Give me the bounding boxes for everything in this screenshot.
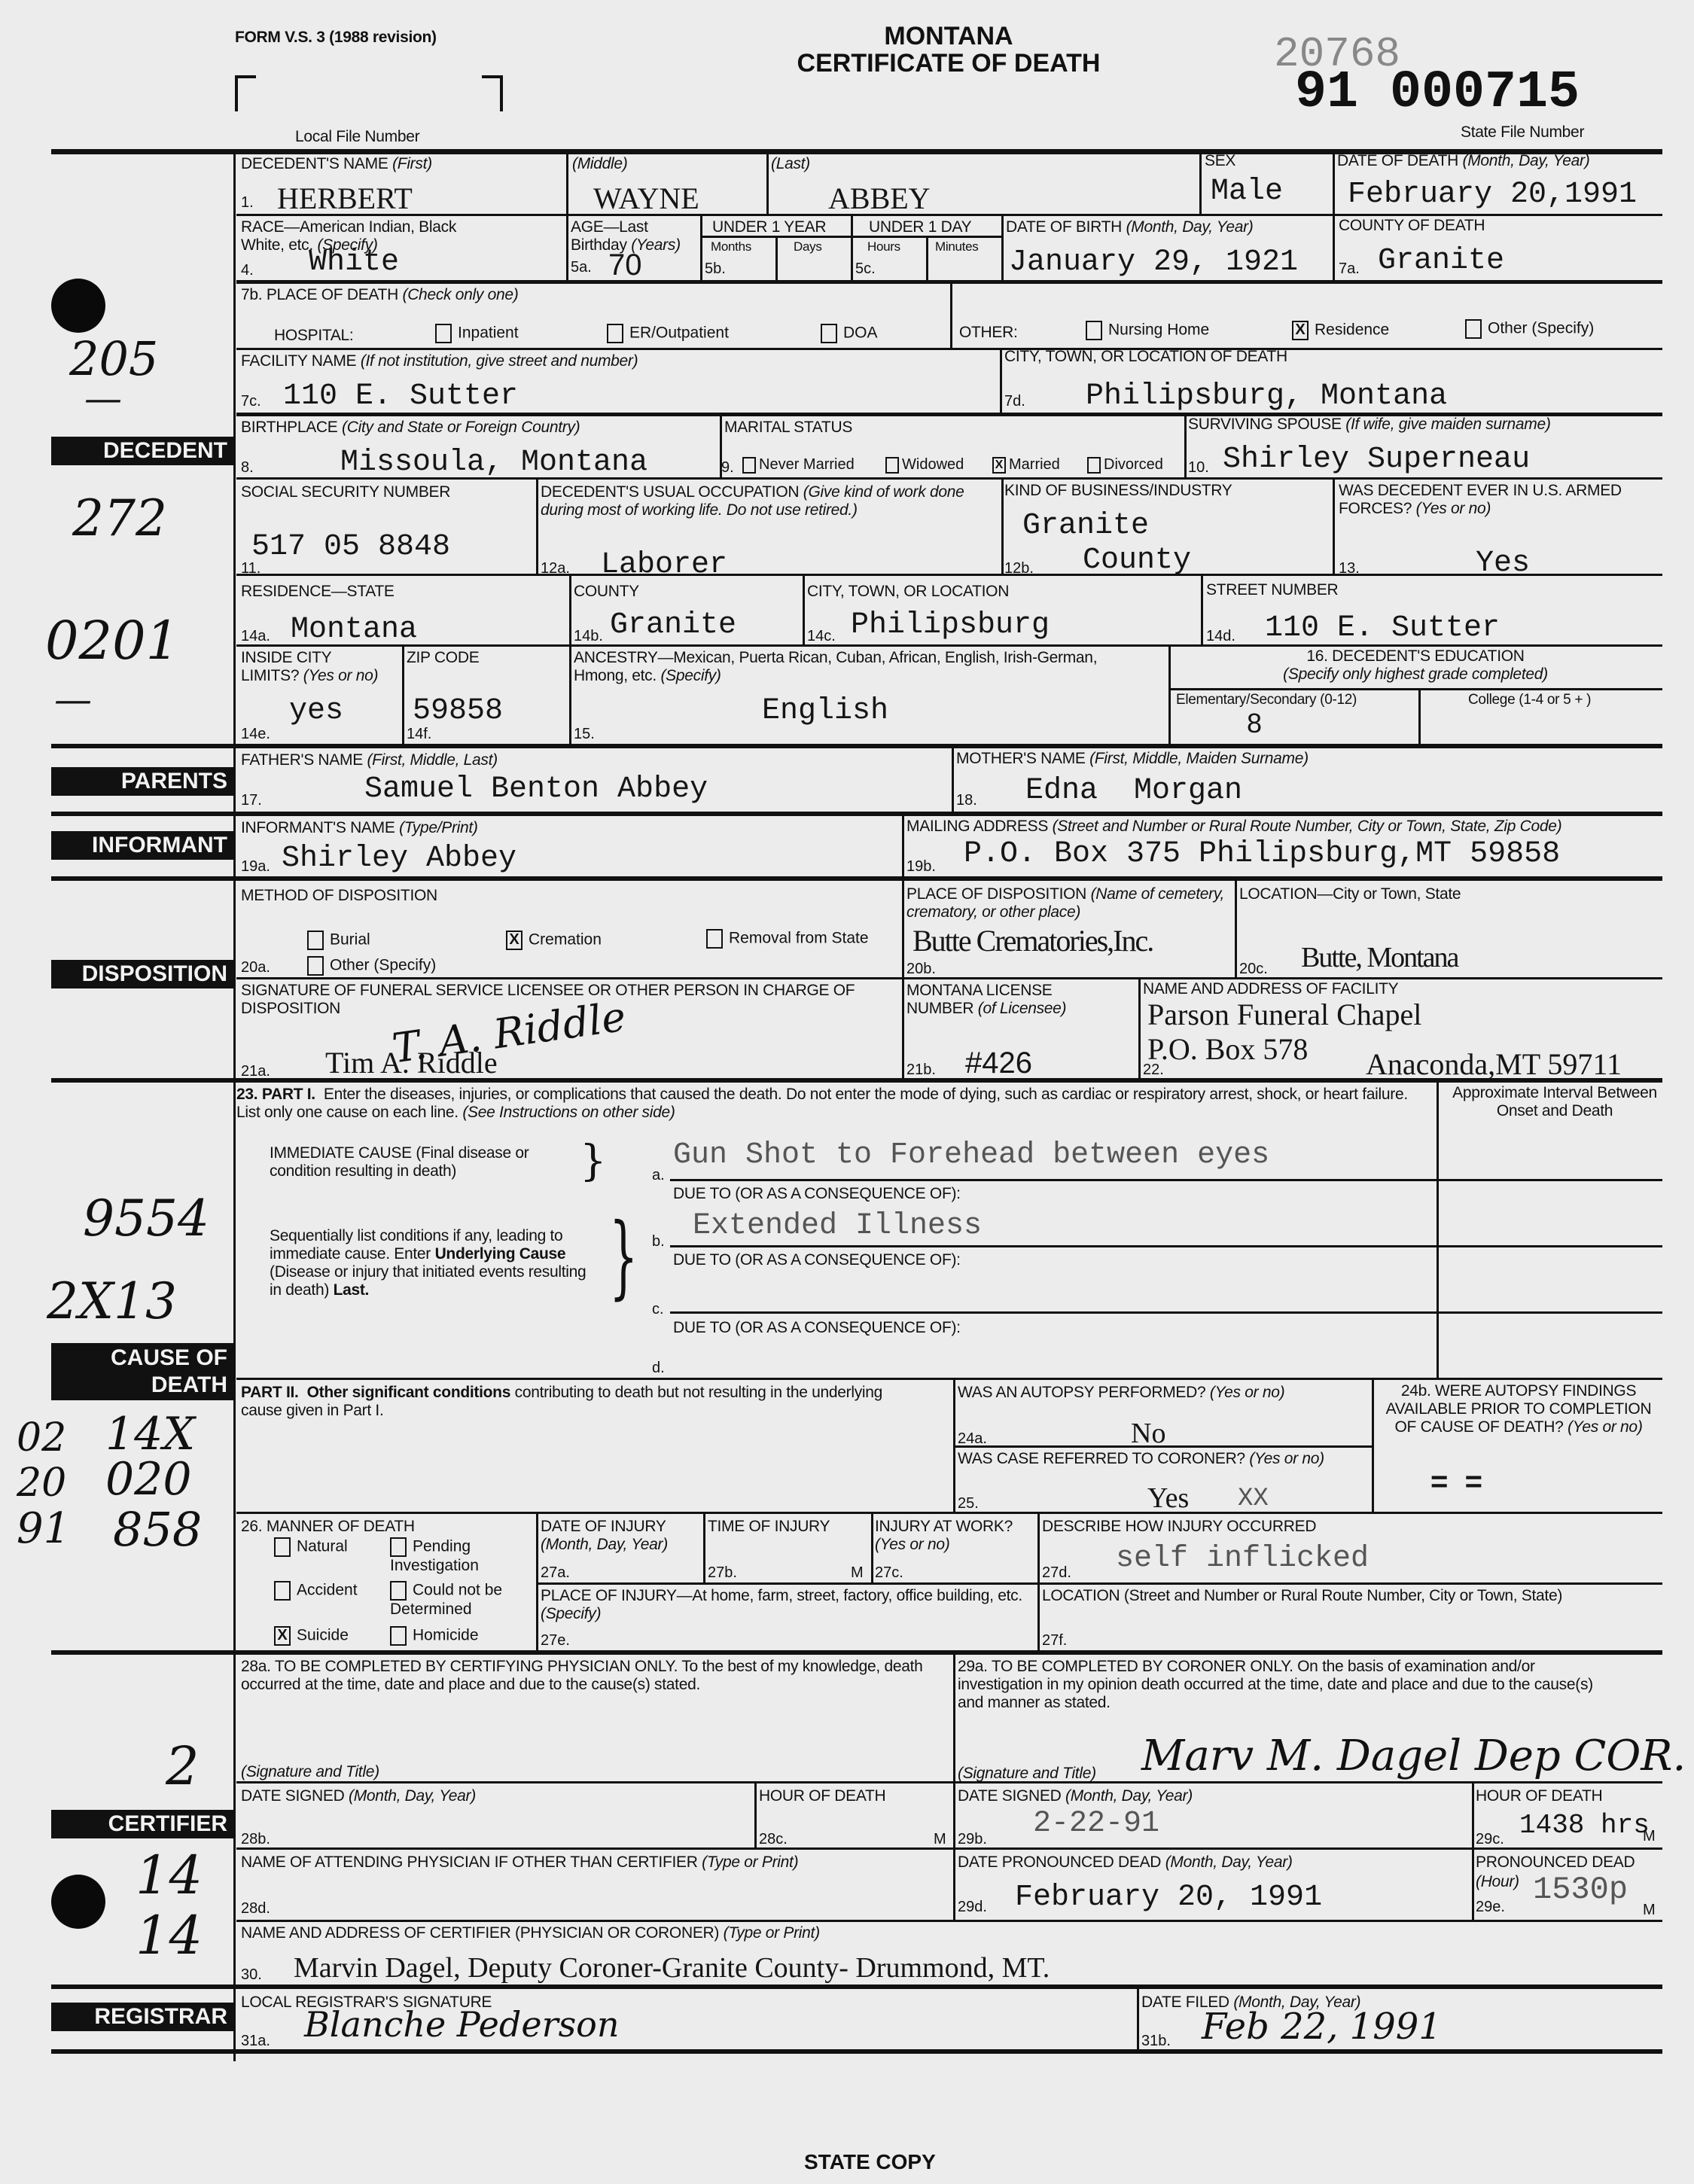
tab-registrar: REGISTRAR [51,2003,233,2031]
part2-label: PART II. Other significant conditions co… [241,1384,911,1420]
divider [51,1984,1662,1989]
hospital-label: HOSPITAL: [274,327,353,345]
coroner-signature-label: (Signature and Title) [958,1765,1096,1783]
coroner-certification-text: 29a. TO BE COMPLETED BY CORONER ONLY. On… [958,1658,1620,1712]
divider [236,214,1662,216]
divider [1333,479,1335,575]
checkbox-natural[interactable]: Natural [274,1537,348,1557]
immediate-cause-label: IMMEDIATE CAUSE (Final disease or condit… [270,1144,571,1180]
field-number: 29d. [958,1899,987,1916]
education-hint: (Specify only highest grade completed) [1168,666,1662,684]
checkbox-residence[interactable]: XResidence [1292,321,1389,340]
checkbox-divorced[interactable]: Divorced [1087,456,1163,474]
option-label: Other (Specify) [330,957,436,974]
divider [1001,215,1004,282]
divider [766,151,769,215]
manner-label: 26. MANNER OF DEATH [241,1518,415,1536]
sex-label: SEX [1205,152,1235,170]
document-title: CERTIFICATE OF DEATH [753,50,1144,77]
divider [51,2049,1662,2054]
injury-how-label: DESCRIBE HOW INJURY OCCURRED [1042,1518,1316,1536]
residence-state-value: Montana [291,613,417,647]
divider [670,1179,1662,1181]
meridiem-label: M [1643,1828,1656,1845]
inside-city-value: yes [289,694,343,728]
divider [236,977,1662,979]
divider [952,748,954,813]
margin-note: 14 [136,1905,203,1966]
divider [851,215,853,282]
residence-state-label: RESIDENCE—STATE [241,583,395,601]
checkbox-undetermined[interactable]: Could not be Determined [390,1581,526,1619]
birthplace-value: Missoula, Montana [340,446,647,480]
field-number: 22. [1143,1062,1164,1079]
armed-forces-value: Yes [1476,547,1530,580]
divider [700,215,702,282]
findings-value: = = [1430,1465,1482,1499]
divider [1472,1781,1474,1921]
checkbox-checked-icon: X [1292,321,1309,340]
autopsy-label: WAS AN AUTOPSY PERFORMED? (Yes or no) [958,1384,1284,1402]
field-number: 28b. [241,1831,270,1848]
margin-note: 020 [105,1453,192,1506]
option-label: Nursing Home [1108,321,1209,339]
form-left-border [233,149,236,2061]
divider [1418,688,1421,745]
field-number: 7a. [1339,260,1360,278]
divider [803,575,805,646]
tab-informant: INFORMANT [51,831,233,860]
business-value-line1: Granite [1022,509,1149,543]
certifier-name-label: NAME AND ADDRESS OF CERTIFIER (PHYSICIAN… [241,1924,820,1942]
injury-date-label: DATE OF INJURY(Month, Day, Year) [541,1518,668,1554]
tab-cause-line1: CAUSE OF [51,1345,227,1372]
funeral-facility-label: NAME AND ADDRESS OF FACILITY [1143,980,1398,998]
field-number: 31b. [1141,2033,1171,2050]
margin-note: — [84,376,122,420]
interval-label: Approximate Interval Between Onset and D… [1446,1084,1664,1120]
checkbox-icon [274,1581,291,1601]
divider [51,876,1662,881]
cause-line-a-value: Gun Shot to Forehead between eyes [673,1138,1269,1172]
tab-disposition: DISPOSITION [51,960,233,988]
field-number: 14d. [1206,628,1235,645]
checkbox-suicide[interactable]: XSuicide [274,1626,349,1646]
checkbox-er-outpatient[interactable]: ER/Outpatient [607,324,729,343]
sequential-label: Sequentially list conditions if any, lea… [270,1227,593,1299]
checkbox-married[interactable]: XMarried [992,456,1060,474]
field-number: 5b. [705,260,726,278]
inside-city-label: INSIDE CITYLIMITS? (Yes or no) [241,649,378,685]
form-id: FORM V.S. 3 (1988 revision) [235,29,437,47]
disposition-location-value: Butte, Montana [1301,941,1458,974]
divider [536,479,538,575]
divider [402,646,404,745]
option-label: Inpatient [458,324,519,342]
field-number: 30. [241,1966,262,1984]
other-label: OTHER: [959,324,1018,342]
checkbox-icon [307,956,324,976]
checkbox-checked-icon: X [274,1626,291,1646]
divider [1138,979,1141,1081]
informant-name-value: Shirley Abbey [282,842,516,876]
residence-county-label: COUNTY [574,583,639,601]
pronounced-hour-hint: (Hour) [1476,1873,1519,1891]
divider [1199,151,1202,215]
field-number: 12b. [1004,560,1034,577]
field-number: 19b. [906,858,936,876]
field-number: 17. [241,792,262,809]
divider [51,1650,1662,1655]
residence-county-value: Granite [610,608,736,642]
checkbox-icon [390,1581,407,1601]
minutes-label: Minutes [935,238,978,256]
checkbox-icon [821,324,837,343]
checkbox-doa[interactable]: DOA [821,324,878,343]
meridiem-label: M [934,1831,946,1848]
option-label: ER/Outpatient [629,324,729,342]
option-label: Removal from State [729,930,869,947]
field-number: 5c. [855,260,876,278]
registrar-signature: Blanche Pederson [304,2004,620,2045]
local-file-bracket-right [482,75,503,111]
license-label: MONTANA LICENSENUMBER (of Licensee) [906,982,1066,1018]
physician-certification-text: 28a. TO BE COMPLETED BY CERTIFYING PHYSI… [241,1658,941,1694]
margin-note: 858 [113,1502,202,1557]
divider [236,1378,1662,1380]
line-letter: a. [652,1167,665,1184]
local-file-bracket-left [235,75,256,111]
part1-instructions: 23. PART I. Enter the diseases, injuries… [236,1086,1434,1122]
divider [1235,881,1237,979]
option-label: Burial [330,931,370,949]
field-number: 10. [1188,459,1209,477]
first-name-value: HERBERT [277,181,413,216]
race-value: White [309,245,399,279]
checkbox-nursing-home[interactable]: Nursing Home [1086,321,1209,340]
option-label: Widowed [902,456,964,473]
street-number-value: 110 E. Sutter [1265,611,1500,645]
due-to-label: DUE TO (OR AS A CONSEQUENCE OF): [673,1185,961,1203]
option-label: Cremation [529,931,602,949]
divider [1137,1988,1139,2052]
coroner-signature: Marv M. Dagel Dep COR. [1141,1732,1686,1780]
brace-icon: } [580,1137,607,1186]
divider [536,1582,1662,1585]
field-number: 27a. [541,1564,570,1582]
divider [670,1245,1662,1247]
field-number: 14c. [807,628,836,645]
field-number: 14f. [407,726,431,743]
option-label: Never Married [759,456,855,473]
checkbox-checked-icon: X [506,931,523,950]
field-number: 27d. [1042,1564,1071,1582]
checkbox-icon [390,1626,407,1646]
coroner-date-signed-label: DATE SIGNED (Month, Day, Year) [958,1787,1193,1805]
age-value: 70 [608,248,642,282]
tab-cause-line2: DEATH [51,1372,227,1399]
informant-address-label: MAILING ADDRESS (Street and Number or Ru… [906,818,1561,836]
line-letter: d. [652,1360,665,1377]
field-number: 24a. [958,1430,987,1448]
facility-value: 110 E. Sutter [283,379,518,413]
checkbox-other-disposition[interactable]: Other (Specify) [307,956,436,976]
dob-label: DATE OF BIRTH (Month, Day, Year) [1006,218,1253,236]
checkbox-icon [706,929,723,949]
field-number: 27b. [708,1564,737,1582]
checkbox-accident[interactable]: Accident [274,1581,358,1601]
sex-value: Male [1211,175,1283,209]
physician-signature-label: (Signature and Title) [241,1763,379,1781]
margin-note: 272 [72,489,167,547]
method-of-disposition-label: METHOD OF DISPOSITION [241,887,437,905]
checkbox-icon [307,931,324,950]
divider [902,816,904,878]
margin-note: 2 [166,1735,200,1797]
option-label: DOA [843,324,878,342]
pronounced-date-value: February 20, 1991 [1015,1881,1322,1914]
place-of-disposition-label: PLACE OF DISPOSITION (Name of cemetery, … [906,885,1230,921]
field-number: 20c. [1239,961,1268,978]
state-file-number: 91 000715 [1295,63,1580,123]
name-first-label: DECEDENT'S NAME (First) [241,155,432,173]
coroner-hour-label: HOUR OF DEATH [1476,1787,1602,1805]
field-number: 8. [241,459,254,477]
field-number: 29b. [958,1831,987,1848]
funeral-facility-line2: P.O. Box 578 [1147,1031,1308,1067]
pronounced-hour-label: PRONOUNCED DEAD [1476,1854,1635,1872]
injury-how-value: self inflicked [1116,1542,1369,1576]
under-year-label: UNDER 1 YEAR [712,218,826,236]
date-filed-value: Feb 22, 1991 [1202,2006,1442,2048]
county-of-death-label: COUNTY OF DEATH [1339,217,1485,235]
funeral-facility-line1: Parson Funeral Chapel [1147,997,1421,1032]
street-number-label: STREET NUMBER [1206,581,1338,599]
field-number: 27f. [1042,1632,1067,1649]
field-number: 20a. [241,959,270,976]
checkbox-never-married[interactable]: Never Married [742,456,855,474]
business-label: KIND OF BUSINESS/INDUSTRY [1004,482,1232,500]
state-title: MONTANA [753,23,1144,50]
tab-parents: PARENTS [51,767,233,796]
checkbox-inpatient[interactable]: Inpatient [435,324,519,343]
field-number: 14e. [241,726,270,743]
date-of-birth-value: January 29, 1921 [1009,245,1298,279]
field-number: 7d. [1004,393,1025,410]
divider [236,280,1662,284]
divider [566,215,568,282]
option-label: Married [1009,456,1060,473]
injury-location-label: LOCATION (Street and Number or Rural Rou… [1042,1587,1562,1605]
ancestry-value: English [762,694,888,728]
divider [236,574,1662,576]
father-label: FATHER'S NAME (First, Middle, Last) [241,751,498,769]
days-label: Days [794,238,822,256]
checkbox-widowed[interactable]: Widowed [885,456,964,474]
field-number: 21b. [906,1062,936,1079]
injury-place-label: PLACE OF INJURY—At home, farm, street, f… [541,1587,1030,1623]
disposition-location-label: LOCATION—City or Town, State [1239,885,1461,903]
zip-label: ZIP CODE [407,649,479,667]
business-value-line2: County [1083,544,1191,577]
field-number: 21a. [241,1063,270,1080]
marital-status-label: MARITAL STATUS [724,419,852,437]
tab-cause-of-death: CAUSE OF DEATH [51,1343,233,1400]
middle-name-value: WAYNE [593,181,699,216]
divider [871,1513,873,1584]
field-number: 9. [721,459,734,477]
divider [566,151,568,215]
divider [1168,688,1662,690]
field-number: 20b. [906,961,936,978]
occupation-label: DECEDENT'S USUAL OCCUPATION (Give kind o… [541,483,992,519]
margin-note: 20 [17,1461,66,1506]
due-to-label: DUE TO (OR AS A CONSEQUENCE OF): [673,1319,961,1337]
informant-address-value: P.O. Box 375 Philipsburg,MT 59858 [964,837,1560,871]
residence-city-label: CITY, TOWN, OR LOCATION [807,583,1009,601]
autopsy-value: No [1131,1417,1165,1450]
line-letter: b. [652,1233,665,1250]
date-of-death-value: February 20,1991 [1348,178,1637,212]
facility-label: FACILITY NAME (If not institution, give … [241,352,638,370]
mother-value: Edna Morgan [1025,774,1242,808]
informant-name-label: INFORMANT'S NAME (Type/Print) [241,819,478,837]
cause-line-b-value: Extended Illness [693,1209,982,1243]
coroner-referred-value: Yes [1147,1482,1189,1515]
coroner-date-signed-value: 2-22-91 [1033,1807,1159,1841]
name-last-label: (Last) [771,155,810,173]
hours-label: Hours [867,238,900,256]
field-number: 15. [574,726,595,743]
education-label: 16. DECEDENT'S EDUCATION [1168,647,1662,666]
attending-physician-label: NAME OF ATTENDING PHYSICIAN IF OTHER THA… [241,1854,798,1872]
divider [902,881,904,1081]
field-number: 28d. [241,1900,270,1917]
divider [51,812,1662,816]
divider [1001,479,1004,575]
checkbox-icon [1465,319,1482,339]
spouse-value: Shirley Superneau [1223,443,1530,477]
pronounced-hour-value: 1530p [1533,1872,1628,1908]
physician-hour-label: HOUR OF DEATH [759,1787,885,1805]
zip-value: 59858 [413,694,503,728]
field-number: 13. [1339,560,1360,577]
injury-time-label: TIME OF INJURY [708,1518,830,1536]
checkbox-homicide[interactable]: Homicide [390,1626,479,1646]
certifier-name-value: Marvin Dagel, Deputy Coroner-Granite Cou… [294,1951,1050,1984]
pronounced-date-label: DATE PRONOUNCED DEAD (Month, Day, Year) [958,1854,1293,1872]
checkbox-burial[interactable]: Burial [307,931,370,950]
checkbox-icon [885,457,899,474]
field-number: 31a. [241,2033,270,2050]
option-label: Other (Specify) [1488,320,1594,337]
name-middle-label: (Middle) [572,155,627,173]
ssn-label: SOCIAL SECURITY NUMBER [241,483,450,501]
checkbox-icon [274,1537,291,1557]
city-of-death-label: CITY, TOWN, OR LOCATION OF DEATH [1004,348,1287,366]
findings-label: 24b. WERE AUTOPSY FINDINGS AVAILABLE PRI… [1375,1382,1662,1436]
field-number: 29e. [1476,1899,1505,1916]
checkbox-removal-from-state[interactable]: Removal from State [706,929,869,949]
tab-decedent: DECEDENT [51,437,233,465]
divider [670,1311,1662,1314]
option-label: Could not be Determined [390,1582,502,1618]
divider [1437,1083,1439,1378]
divider [953,1655,955,1921]
father-value: Samuel Benton Abbey [364,772,708,806]
checkbox-pending[interactable]: Pending Investigation [390,1537,526,1575]
state-copy-label: STATE COPY [804,2150,936,2174]
field-number: 19a. [241,858,270,876]
ssn-value: 517 05 8848 [251,530,450,564]
physician-date-signed-label: DATE SIGNED (Month, Day, Year) [241,1787,476,1805]
divider [1333,151,1335,283]
brace-icon: } [609,1212,638,1302]
elementary-value: 8 [1247,708,1262,739]
margin-note: 9554 [83,1189,209,1247]
license-value: #426 [965,1046,1032,1080]
divider [236,1512,1662,1514]
option-label: Suicide [297,1627,349,1644]
divider [236,1847,1662,1850]
divider [51,744,1662,748]
place-of-death-label: 7b. PLACE OF DEATH (Check only one) [241,286,518,304]
margin-note: 2X13 [47,1272,177,1330]
meridiem-label: M [851,1564,864,1582]
college-label: College (1-4 or 5 + ) [1468,691,1591,709]
divider [569,646,571,745]
field-number: 25. [958,1495,979,1512]
field-number: 28c. [759,1831,788,1848]
checkbox-icon [1086,321,1102,340]
place-of-disposition-value: Butte Crematories,Inc. [913,923,1153,958]
last-name-value: ABBEY [828,181,931,216]
coroner-mark: XX [1238,1485,1269,1513]
option-label: Natural [297,1538,348,1555]
field-number: 4. [241,262,254,279]
divider [1372,1379,1374,1513]
divider [775,237,778,282]
divider [1184,416,1187,479]
divider [1000,349,1002,414]
punch-hole-top [51,279,105,333]
field-number: 11. [241,560,260,577]
birthplace-label: BIRTHPLACE (City and State or Foreign Co… [241,419,580,437]
field-number: 1. [241,194,254,212]
funeral-facility-line3: Anaconda,MT 59711 [1366,1046,1622,1082]
margin-note: 91 [17,1504,70,1553]
field-number: 14a. [241,628,270,645]
divider [950,283,952,348]
dod-label: DATE OF DEATH (Month, Day, Year) [1337,152,1589,170]
armed-forces-label: WAS DECEDENT EVER IN U.S. ARMED FORCES? … [1339,482,1655,518]
margin-note: 14 [136,1844,203,1906]
field-number: 12a. [541,560,570,577]
elementary-label: Elementary/Secondary (0-12) [1176,691,1357,709]
field-number: 18. [956,792,977,809]
checkbox-checked-icon: X [992,457,1006,474]
spouse-label: SURVIVING SPOUSE (If wife, give maiden s… [1188,416,1551,434]
divider [236,348,1662,350]
residence-city-value: Philipsburg [851,608,1050,642]
divider [236,1781,1662,1783]
checkbox-other-place[interactable]: Other (Specify) [1465,319,1594,339]
divider [754,1781,757,1847]
due-to-label: DUE TO (OR AS A CONSEQUENCE OF): [673,1251,961,1269]
state-file-label: State File Number [1461,123,1584,142]
checkbox-icon [390,1537,407,1557]
checkbox-cremation[interactable]: XCremation [506,931,602,950]
